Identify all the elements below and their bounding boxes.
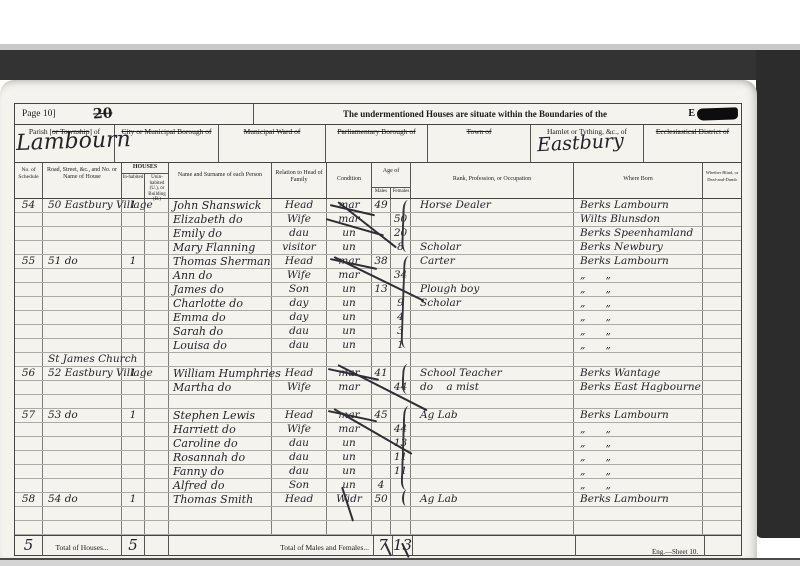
cell-road: 50 Eastbury Village: [43, 199, 122, 212]
cell-inhabited: [122, 521, 145, 534]
cell-relation: Head: [272, 255, 327, 268]
scanner-edge-bottom: [0, 558, 800, 566]
table-row: St James Church: [15, 353, 741, 367]
cell-blind: [703, 311, 741, 324]
cell-age_m: [372, 353, 391, 366]
cell-condition: un: [327, 241, 372, 254]
cell-relation: dau: [272, 339, 327, 352]
cell-road: [43, 381, 122, 394]
cell-occupation: [411, 311, 574, 324]
field-hamlet-value: Eastbury: [537, 137, 624, 150]
cell-born: Berks Newbury: [574, 241, 703, 254]
cell-uninhabited: [145, 283, 169, 296]
table-row: [15, 521, 741, 535]
cell-relation: [272, 521, 327, 534]
table-row: 5450 Eastbury Village1John ShanswickHead…: [15, 199, 741, 213]
field-municipal-ward-label: Municipal Ward of: [244, 127, 301, 136]
cell-occupation: Ag Lab: [411, 409, 574, 422]
cell-name: [169, 521, 272, 534]
cell-age_m: [372, 325, 391, 338]
sheet-footer: Eng.—Sheet 10.: [652, 548, 698, 556]
cell-schedule: 57: [15, 409, 43, 422]
cell-uninhabited: [145, 325, 169, 338]
cell-occupation: School Teacher: [411, 367, 574, 380]
cell-blind: [703, 381, 741, 394]
cell-condition: un: [327, 339, 372, 352]
cell-born: Berks Speenhamland: [574, 227, 703, 240]
column-headers-row: No. of Schedule Road, Street, &c., and N…: [15, 163, 741, 199]
cell-name: Thomas Smith: [169, 493, 272, 506]
cell-schedule: [15, 311, 43, 324]
corner-mark: E: [688, 108, 695, 119]
cell-schedule: [15, 521, 43, 534]
cell-relation: Head: [272, 409, 327, 422]
cell-born: [574, 507, 703, 520]
cell-age_m: [372, 521, 391, 534]
col-born: Where Born: [574, 163, 703, 198]
cell-road: [43, 479, 122, 492]
cell-occupation: [411, 269, 574, 282]
cell-condition: Widr: [327, 493, 372, 506]
cell-inhabited: [122, 325, 145, 338]
cell-name: Louisa do: [169, 339, 272, 352]
cell-blind: [703, 507, 741, 520]
ink-blot: [697, 107, 738, 120]
cell-occupation: do a mist: [411, 381, 574, 394]
field-parliamentary-borough: Parliamentary Borough of: [326, 125, 428, 162]
table-row: James doSonun13Plough boy„ „: [15, 283, 741, 297]
cell-inhabited: [122, 465, 145, 478]
col-schedule: No. of Schedule: [15, 163, 43, 198]
cell-uninhabited: [145, 507, 169, 520]
cell-relation: Head: [272, 493, 327, 506]
cell-relation: Wife: [272, 213, 327, 226]
table-row: Emma dodayun4„ „: [15, 311, 741, 325]
col-age-group: Age of Males Females: [372, 163, 411, 198]
cell-born: „ „: [574, 269, 703, 282]
cell-occupation: [411, 325, 574, 338]
cell-condition: un: [327, 437, 372, 450]
cell-inhabited: 1: [122, 493, 145, 506]
cell-road: 54 do: [43, 493, 122, 506]
cell-blind: [703, 269, 741, 282]
cell-born: Berks Lambourn: [574, 409, 703, 422]
records-area: 5450 Eastbury Village1John ShanswickHead…: [15, 199, 741, 535]
cell-relation: Wife: [272, 423, 327, 436]
cell-road: [43, 283, 122, 296]
cell-schedule: [15, 437, 43, 450]
cell-uninhabited: [145, 311, 169, 324]
cell-age_m: 38: [372, 255, 391, 268]
cell-blind: [703, 325, 741, 338]
cell-name: Stephen Lewis: [169, 409, 272, 422]
cell-relation: Son: [272, 283, 327, 296]
col-age: Age of: [372, 163, 410, 187]
cell-born: „ „: [574, 311, 703, 324]
totals-houses-value: 5: [122, 536, 145, 556]
cell-relation: day: [272, 311, 327, 324]
cell-inhabited: [122, 423, 145, 436]
cell-inhabited: [122, 479, 145, 492]
field-municipal-ward: Municipal Ward of: [219, 125, 326, 162]
cell-occupation: [411, 451, 574, 464]
cell-blind: [703, 479, 741, 492]
cell-born: Berks Lambourn: [574, 199, 703, 212]
table-row: Rosannah dodauun11„ „: [15, 451, 741, 465]
cell-schedule: [15, 269, 43, 282]
cell-occupation: [411, 395, 574, 408]
field-city-borough: City or Municipal Borough of: [115, 125, 219, 162]
cell-condition: [327, 353, 372, 366]
census-page: Page 10] 20 The undermentioned Houses ar…: [0, 80, 757, 558]
field-hamlet: Hamlet or Tything, &c., of Eastbury: [531, 125, 644, 162]
cell-uninhabited: [145, 451, 169, 464]
col-road: Road, Street, &c., and No. or Name of Ho…: [43, 163, 122, 198]
cell-condition: un: [327, 325, 372, 338]
cell-inhabited: [122, 283, 145, 296]
cell-road: [43, 241, 122, 254]
cell-schedule: [15, 241, 43, 254]
col-name: Name and Surname of each Person: [169, 163, 272, 198]
cell-age_m: [372, 451, 391, 464]
cell-name: Harriett do: [169, 423, 272, 436]
cell-uninhabited: [145, 241, 169, 254]
cell-road: [43, 451, 122, 464]
brace-mark: [401, 200, 412, 252]
field-town: Town of: [428, 125, 531, 162]
cell-age_m: [372, 311, 391, 324]
cell-born: „ „: [574, 479, 703, 492]
cell-condition: un: [327, 297, 372, 310]
cell-relation: Head: [272, 199, 327, 212]
totals-blind-blank: [705, 536, 743, 556]
cell-uninhabited: [145, 339, 169, 352]
cell-uninhabited: [145, 255, 169, 268]
census-table: Page 10] 20 The undermentioned Houses ar…: [14, 103, 742, 556]
cell-occupation: Horse Dealer: [411, 199, 574, 212]
totals-schedule-tally: 5: [15, 536, 43, 556]
table-row: Sarah dodauun3„ „: [15, 325, 741, 339]
cell-born: „ „: [574, 297, 703, 310]
cell-occupation: [411, 521, 574, 534]
cell-name: Charlotte do: [169, 297, 272, 310]
page-number: Page 10]: [22, 109, 56, 119]
table-row: 5854 do1Thomas SmithHeadWidr50Ag LabBerk…: [15, 493, 741, 507]
cell-occupation: [411, 437, 574, 450]
cell-inhabited: [122, 507, 145, 520]
cell-schedule: [15, 227, 43, 240]
cell-born: „ „: [574, 423, 703, 436]
cell-condition: [327, 395, 372, 408]
cell-inhabited: [122, 339, 145, 352]
cell-born: Wilts Blunsdon: [574, 213, 703, 226]
cell-age_m: 50: [372, 493, 391, 506]
cell-inhabited: 1: [122, 409, 145, 422]
cell-inhabited: 1: [122, 367, 145, 380]
cell-relation: day: [272, 297, 327, 310]
table-title-row: Page 10] 20 The undermentioned Houses ar…: [15, 104, 741, 125]
totals-uninhabited: [145, 536, 169, 556]
cell-inhabited: [122, 437, 145, 450]
cell-relation: Wife: [272, 269, 327, 282]
cell-schedule: 58: [15, 493, 43, 506]
cell-inhabited: [122, 381, 145, 394]
cell-blind: [703, 255, 741, 268]
cell-road: [43, 227, 122, 240]
cell-blind: [703, 423, 741, 436]
cell-blind: [703, 437, 741, 450]
cell-schedule: [15, 339, 43, 352]
field-town-label: Town of: [466, 127, 491, 136]
cell-born: „ „: [574, 451, 703, 464]
cell-schedule: 55: [15, 255, 43, 268]
cell-road: [43, 521, 122, 534]
cell-age_m: [372, 339, 391, 352]
cell-condition: [327, 521, 372, 534]
cell-blind: [703, 297, 741, 310]
cell-name: [169, 395, 272, 408]
divider: [253, 104, 254, 124]
cell-uninhabited: [145, 409, 169, 422]
header-fields-row: Parish [or Township] of Lambourn City or…: [15, 125, 741, 163]
table-row: Ann doWifemar34„ „: [15, 269, 741, 283]
cell-born: Berks East Hagbourne: [574, 381, 703, 394]
cell-name: Caroline do: [169, 437, 272, 450]
cell-uninhabited: [145, 493, 169, 506]
totals-occupation-blank: [413, 536, 576, 556]
cell-uninhabited: [145, 395, 169, 408]
cell-road: [43, 507, 122, 520]
cell-occupation: Carter: [411, 255, 574, 268]
cell-born: „ „: [574, 283, 703, 296]
cell-uninhabited: [145, 521, 169, 534]
cell-blind: [703, 241, 741, 254]
cell-name: Thomas Sherman: [169, 255, 272, 268]
cell-schedule: [15, 395, 43, 408]
cell-born: „ „: [574, 437, 703, 450]
cell-blind: [703, 353, 741, 366]
cell-condition: un: [327, 283, 372, 296]
cell-inhabited: [122, 395, 145, 408]
cell-schedule: [15, 325, 43, 338]
cell-blind: [703, 465, 741, 478]
totals-houses-label: Total of Houses...: [43, 536, 122, 556]
stamp-number: 20: [93, 106, 113, 123]
cell-relation: [272, 353, 327, 366]
cell-age_m: [372, 297, 391, 310]
table-row: Martha doWifemar44do a mistBerks East Ha…: [15, 381, 741, 395]
cell-inhabited: [122, 311, 145, 324]
cell-condition: un: [327, 465, 372, 478]
cell-occupation: [411, 339, 574, 352]
cell-age_f: [391, 507, 411, 520]
cell-age_m: [372, 465, 391, 478]
table-row: Mary Flanningvisitorun8ScholarBerks Newb…: [15, 241, 741, 255]
cell-blind: [703, 199, 741, 212]
cell-occupation: Scholar: [411, 241, 574, 254]
cell-occupation: Plough boy: [411, 283, 574, 296]
cell-uninhabited: [145, 437, 169, 450]
cell-inhabited: [122, 213, 145, 226]
cell-road: 52 Eastbury Village: [43, 367, 122, 380]
cell-relation: Son: [272, 479, 327, 492]
cell-uninhabited: [145, 423, 169, 436]
cell-relation: dau: [272, 451, 327, 464]
table-row: 5551 do1Thomas ShermanHeadmar38CarterBer…: [15, 255, 741, 269]
cell-road: [43, 423, 122, 436]
census-scan: Page 10] 20 The undermentioned Houses ar…: [0, 0, 800, 566]
brace-mark: [401, 364, 411, 394]
cell-age_m: [372, 507, 391, 520]
cell-blind: [703, 227, 741, 240]
cell-schedule: [15, 381, 43, 394]
cell-blind: [703, 213, 741, 226]
table-row: Charlotte dodayun9Scholar„ „: [15, 297, 741, 311]
col-males: Males: [372, 188, 391, 198]
cell-occupation: [411, 353, 574, 366]
cell-uninhabited: [145, 199, 169, 212]
cell-schedule: [15, 451, 43, 464]
cell-age_m: 49: [372, 199, 391, 212]
col-houses: HOUSES: [122, 163, 168, 174]
cell-schedule: [15, 465, 43, 478]
cell-age_m: 4: [372, 479, 391, 492]
cell-uninhabited: [145, 367, 169, 380]
table-row: Alfred doSonun4„ „: [15, 479, 741, 493]
cell-blind: [703, 367, 741, 380]
cell-road: [43, 213, 122, 226]
cell-name: James do: [169, 283, 272, 296]
cell-uninhabited: [145, 479, 169, 492]
cell-condition: un: [327, 479, 372, 492]
col-condition: Condition: [327, 163, 372, 198]
cell-name: William Humphries: [169, 367, 272, 380]
col-relation: Relation to Head of Family: [272, 163, 327, 198]
cell-schedule: 56: [15, 367, 43, 380]
cell-born: „ „: [574, 465, 703, 478]
cell-relation: dau: [272, 325, 327, 338]
totals-row: 5 Total of Houses... 5 Total of Males an…: [15, 535, 741, 556]
table-row: 5753 do1Stephen LewisHeadmar45Ag LabBerk…: [15, 409, 741, 423]
cell-relation: visitor: [272, 241, 327, 254]
cell-blind: [703, 451, 741, 464]
cell-road: [43, 395, 122, 408]
cell-road: St James Church: [43, 353, 122, 366]
cell-relation: [272, 507, 327, 520]
cell-name: [169, 353, 272, 366]
cell-name: [169, 507, 272, 520]
cell-occupation: [411, 507, 574, 520]
field-parish: Parish [or Township] of Lambourn: [15, 125, 115, 162]
cell-condition: un: [327, 451, 372, 464]
cell-schedule: [15, 283, 43, 296]
cell-relation: dau: [272, 227, 327, 240]
table-row: Caroline dodauun13„ „: [15, 437, 741, 451]
cell-relation: dau: [272, 465, 327, 478]
col-females: Females: [391, 188, 411, 198]
cell-inhabited: 1: [122, 255, 145, 268]
cell-occupation: [411, 423, 574, 436]
table-row: Fanny dodauun11„ „: [15, 465, 741, 479]
cell-relation: [272, 395, 327, 408]
cell-road: [43, 297, 122, 310]
cell-road: [43, 311, 122, 324]
cell-occupation: [411, 213, 574, 226]
cell-name: Emily do: [169, 227, 272, 240]
cell-blind: [703, 521, 741, 534]
cell-uninhabited: [145, 465, 169, 478]
cell-occupation: [411, 465, 574, 478]
col-blind: Whether Blind, or Deaf-and-Dumb: [703, 163, 741, 198]
cell-schedule: [15, 507, 43, 520]
table-row: [15, 395, 741, 409]
cell-inhabited: [122, 269, 145, 282]
cell-road: [43, 465, 122, 478]
cell-road: [43, 269, 122, 282]
cell-name: Elizabeth do: [169, 213, 272, 226]
cell-born: Berks Lambourn: [574, 255, 703, 268]
cell-name: John Shanswick: [169, 199, 272, 212]
cell-schedule: 54: [15, 199, 43, 212]
table-row: Elizabeth doWifemar50Wilts Blunsdon: [15, 213, 741, 227]
cell-name: Mary Flanning: [169, 241, 272, 254]
cell-born: Berks Wantage: [574, 367, 703, 380]
cell-born: [574, 353, 703, 366]
cell-occupation: Scholar: [411, 297, 574, 310]
cell-blind: [703, 395, 741, 408]
cell-schedule: [15, 479, 43, 492]
cell-inhabited: [122, 227, 145, 240]
cell-road: 51 do: [43, 255, 122, 268]
cell-inhabited: [122, 241, 145, 254]
col-houses-group: HOUSES In-habited Unin-habited (U.), or …: [122, 163, 169, 198]
cell-uninhabited: [145, 213, 169, 226]
cell-uninhabited: [145, 227, 169, 240]
cell-born: „ „: [574, 325, 703, 338]
cell-uninhabited: [145, 297, 169, 310]
cell-occupation: Ag Lab: [411, 493, 574, 506]
cell-uninhabited: [145, 353, 169, 366]
cell-road: [43, 339, 122, 352]
cell-uninhabited: [145, 381, 169, 394]
cell-relation: dau: [272, 437, 327, 450]
cell-road: [43, 437, 122, 450]
field-parish-value: Lambourn: [16, 136, 131, 149]
brace-mark: [402, 490, 412, 506]
cell-inhabited: 1: [122, 199, 145, 212]
cell-relation: Head: [272, 367, 327, 380]
cell-schedule: [15, 423, 43, 436]
cell-condition: un: [327, 311, 372, 324]
cell-born: Berks Lambourn: [574, 493, 703, 506]
cell-name: Fanny do: [169, 465, 272, 478]
totals-males-females-label: Total of Males and Females...: [169, 536, 374, 556]
cell-occupation: [411, 479, 574, 492]
col-occupation: Rank, Profession, or Occupation: [411, 163, 574, 198]
cell-born: „ „: [574, 339, 703, 352]
cell-name: Sarah do: [169, 325, 272, 338]
cell-inhabited: [122, 353, 145, 366]
field-ecclesiastical: Ecclesiastical District of: [644, 125, 741, 162]
cell-schedule: [15, 353, 43, 366]
cell-age_m: [372, 395, 391, 408]
cell-schedule: [15, 297, 43, 310]
cell-road: 53 do: [43, 409, 122, 422]
field-parliamentary-borough-label: Parliamentary Borough of: [337, 127, 415, 136]
cell-age_f: [391, 521, 411, 534]
scanner-background-top: [0, 50, 800, 80]
cell-name: Alfred do: [169, 479, 272, 492]
